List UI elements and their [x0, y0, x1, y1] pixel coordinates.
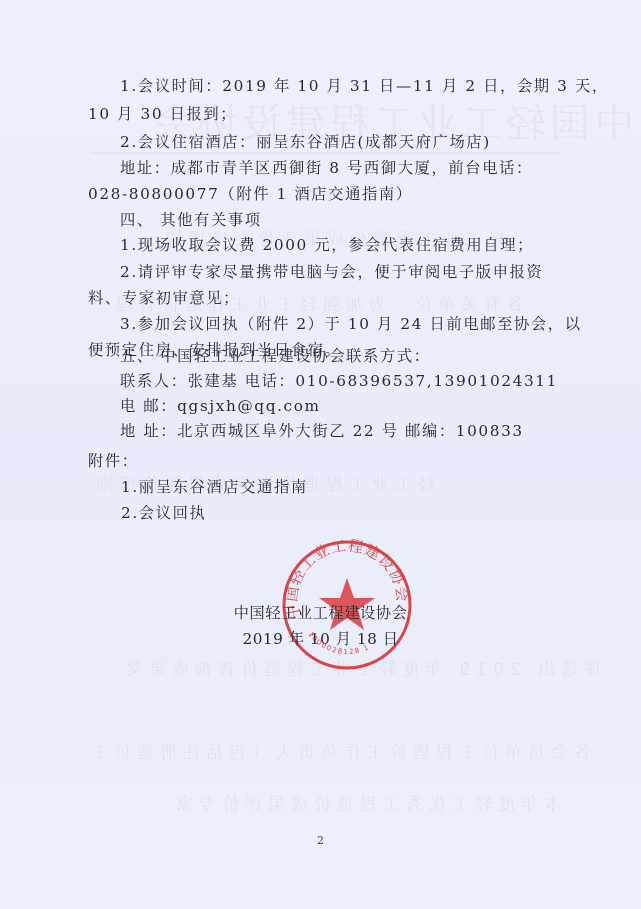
section-four-item-2: 2.请评审专家尽量携带电脑与会，便于审阅电子版申报资 — [120, 262, 543, 282]
contact-address-line: 地 址：北京西城区阜外大街乙 22 号 邮编：100833 — [120, 421, 524, 441]
signature-date: 2019 年 10 月 18 日 — [0, 629, 641, 649]
meeting-hotel-line: 2.会议住宿酒店：丽呈东谷酒店(成都天府广场店) — [120, 132, 491, 152]
section-four-item-2-cont: 料、专家初审意见； — [88, 288, 240, 308]
bleed-through-text: 各会员单位工程造价工作负责人（包括注册造价工 — [85, 738, 591, 763]
bleed-through-rule — [90, 152, 560, 154]
attachment-item: 2.会议回执 — [121, 503, 206, 523]
section-four-item-1: 1.现场收取会议费 2000 元，参会代表住宿费用自理； — [120, 235, 534, 255]
section-four-item-3: 3.参加会议回执（附件 2）于 10 月 24 日前电邮至协会，以 — [120, 314, 582, 334]
attachments-label: 附件： — [88, 451, 139, 471]
meeting-time-line: 1.会议时间：2019 年 10 月 31 日—11 月 2 日，会期 3 天， — [120, 76, 609, 96]
meeting-time-line-cont: 10 月 30 日报到； — [88, 104, 237, 124]
hotel-address-line: 地址：成都市青羊区西御街 8 号西御大厦，前台电话： — [120, 158, 533, 178]
section-four-heading: 四、 其他有关事项 — [120, 210, 262, 230]
contact-person-line: 联系人：张建基 电话：010-68396537,13901024311 — [120, 371, 558, 391]
page-number: 2 — [0, 834, 641, 847]
section-five-heading: 五、 中国轻工业工程建设协会联系方式： — [120, 346, 431, 366]
contact-email-line: 电 邮：qgsjxh@qq.com — [120, 396, 321, 416]
hotel-phone-line: 028-80800077（附件 1 酒店交通指南） — [88, 184, 413, 204]
attachment-item: 1.丽呈东谷酒店交通指南 — [121, 477, 308, 497]
bleed-through-text: 本年度轻工优秀工程造价成果评价专家 — [170, 790, 561, 815]
document-page: 中国轻工业工程建设协会 轻工业工程造价成果评价会议通知 各有关单位：为加强轻工业… — [0, 0, 641, 909]
signature-organization: 中国轻工业工程建设协会 — [0, 603, 641, 623]
